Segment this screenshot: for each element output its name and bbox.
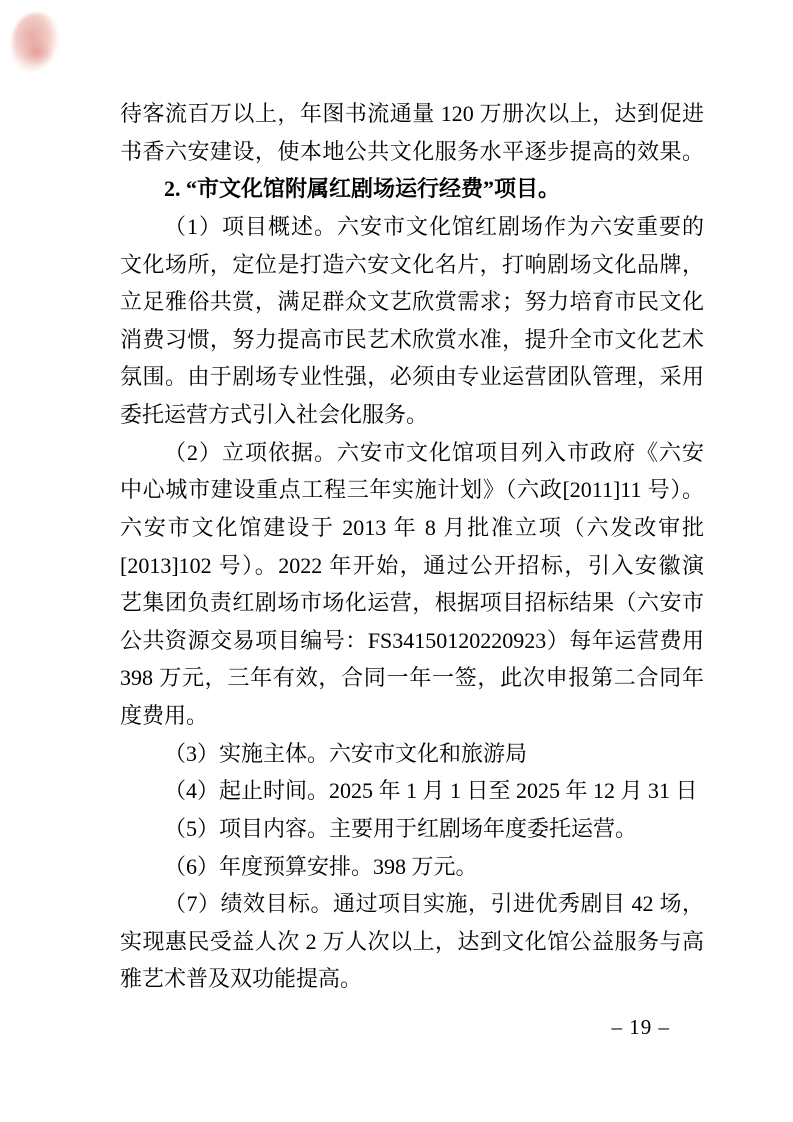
text-line: 书香六安建设，使本地公共文化服务水平逐步提高的效果。 (120, 133, 704, 171)
page-number: – 19 – (612, 1015, 671, 1040)
text-line: 398 万元，三年有效，合同一年一签，此次申报第二合同年 (120, 659, 704, 697)
text-line: 立足雅俗共赏，满足群众文艺欣赏需求；努力培育市民文化 (120, 283, 704, 321)
text-line: （6）年度预算安排。398 万元。 (120, 848, 704, 886)
document-page: 待客流百万以上，年图书流通量 120 万册次以上，达到促进 书香六安建设，使本地… (0, 0, 793, 1122)
text-line: （7）绩效目标。通过项目实施，引进优秀剧目 42 场， (120, 885, 704, 923)
text-line: 中心城市建设重点工程三年实施计划》（六政[2011]11 号）。 (120, 471, 704, 509)
text-line: （2）立项依据。六安市文化馆项目列入市政府《六安 (120, 434, 704, 472)
text-line: 度费用。 (120, 697, 704, 735)
text-line: 公共资源交易项目编号：FS34150120220923）每年运营费用 (120, 622, 704, 660)
text-line: （5）项目内容。主要用于红剧场年度委托运营。 (120, 810, 704, 848)
text-line: 待客流百万以上，年图书流通量 120 万册次以上，达到促进 (120, 95, 704, 133)
text-line: 消费习惯，努力提高市民艺术欣赏水准，提升全市文化艺术 (120, 321, 704, 359)
document-body: 待客流百万以上，年图书流通量 120 万册次以上，达到促进 书香六安建设，使本地… (120, 95, 704, 998)
text-line: 氛围。由于剧场专业性强，必须由专业运营团队管理，采用 (120, 358, 704, 396)
text-line: （4）起止时间。2025 年 1 月 1 日至 2025 年 12 月 31 日 (120, 772, 704, 810)
section-heading: 2. “市文化馆附属红剧场运行经费”项目。 (120, 170, 704, 208)
text-line: 艺集团负责红剧场市场化运营，根据项目招标结果（六安市 (120, 584, 704, 622)
text-line: （3）实施主体。六安市文化和旅游局 (120, 735, 704, 773)
text-line: 六安市文化馆建设于 2013 年 8 月批准立项（六发改审批 (120, 509, 704, 547)
text-line: 委托运营方式引入社会化服务。 (120, 396, 704, 434)
text-line: [2013]102 号）。2022 年开始，通过公开招标，引入安徽演 (120, 547, 704, 585)
text-line: 雅艺术普及双功能提高。 (120, 960, 704, 998)
text-line: （1）项目概述。六安市文化馆红剧场作为六安重要的 (120, 208, 704, 246)
text-line: 文化场所，定位是打造六安文化名片，打响剧场文化品牌， (120, 246, 704, 284)
stamp-watermark (12, 13, 58, 71)
text-line: 实现惠民受益人次 2 万人次以上，达到文化馆公益服务与高 (120, 923, 704, 961)
